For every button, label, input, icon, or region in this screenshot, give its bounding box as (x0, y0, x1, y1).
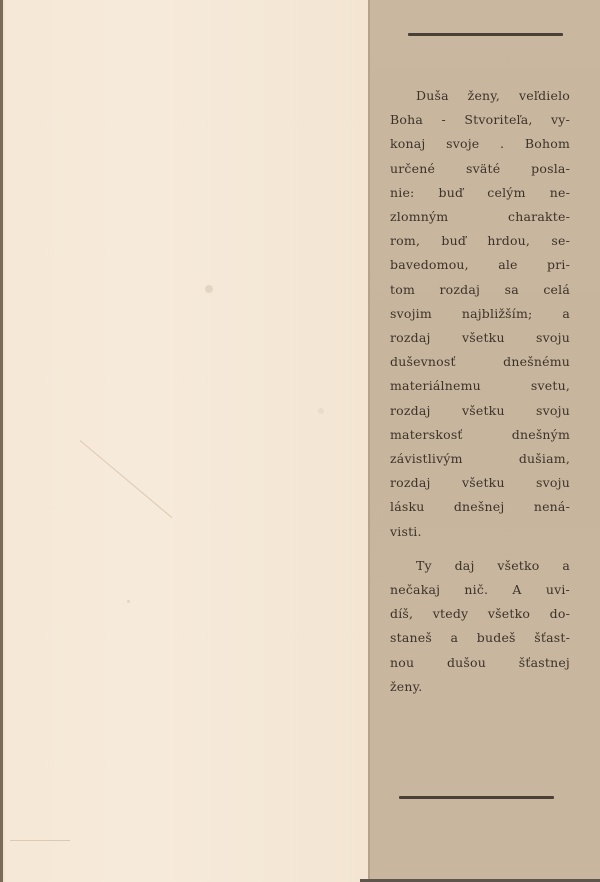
paper-crease (10, 840, 70, 841)
text-line: ženy. (390, 675, 570, 699)
text-line: nie: buď celým ne- (390, 181, 570, 205)
text-line: staneš a budeš šťast- (390, 626, 570, 650)
text-line: určené sväté posla- (390, 157, 570, 181)
page-edge (0, 0, 3, 882)
text-line: lásku dnešnej nená- (390, 495, 570, 519)
text-line: Ty daj všetko a (390, 554, 570, 578)
text-line: zlomným charakte- (390, 205, 570, 229)
top-rule (408, 33, 563, 36)
paper-spot (127, 600, 130, 603)
paragraph-gap (390, 544, 570, 554)
text-line: Boha - Stvoriteľa, vy- (390, 108, 570, 132)
text-line: duševnosť dnešnému (390, 350, 570, 374)
text-line: rozdaj všetku svoju (390, 471, 570, 495)
paper-spot (205, 285, 213, 293)
paragraph-2: Ty daj všetko a nečakaj nič. A uvi- díš,… (390, 554, 570, 699)
right-page-text: Duša ženy, veľdielo Boha - Stvoriteľa, v… (368, 0, 600, 882)
text-line: tom rozdaj sa celá (390, 278, 570, 302)
body-text: Duša ženy, veľdielo Boha - Stvoriteľa, v… (390, 84, 570, 699)
text-line: rozdaj všetku svoju (390, 399, 570, 423)
paragraph-1: Duša ženy, veľdielo Boha - Stvoriteľa, v… (390, 84, 570, 544)
text-line: bavedomou, ale pri- (390, 253, 570, 277)
paper-crease (80, 440, 173, 518)
text-line: konaj svoje . Bohom (390, 132, 570, 156)
paper-spot (318, 408, 324, 414)
text-line: materskosť dnešným (390, 423, 570, 447)
text-line: rozdaj všetku svoju (390, 326, 570, 350)
text-line: svojim najbližším; a (390, 302, 570, 326)
text-line: visti. (390, 520, 570, 544)
text-line: materiálnemu svetu, (390, 374, 570, 398)
text-line: díš, vtedy všetko do- (390, 602, 570, 626)
text-line: Duša ženy, veľdielo (390, 84, 570, 108)
text-line: závistlivým dušiam, (390, 447, 570, 471)
left-page-blank (0, 0, 368, 882)
text-line: nou dušou šťastnej (390, 651, 570, 675)
bottom-rule (399, 796, 554, 799)
text-line: rom, buď hrdou, se- (390, 229, 570, 253)
text-line: nečakaj nič. A uvi- (390, 578, 570, 602)
